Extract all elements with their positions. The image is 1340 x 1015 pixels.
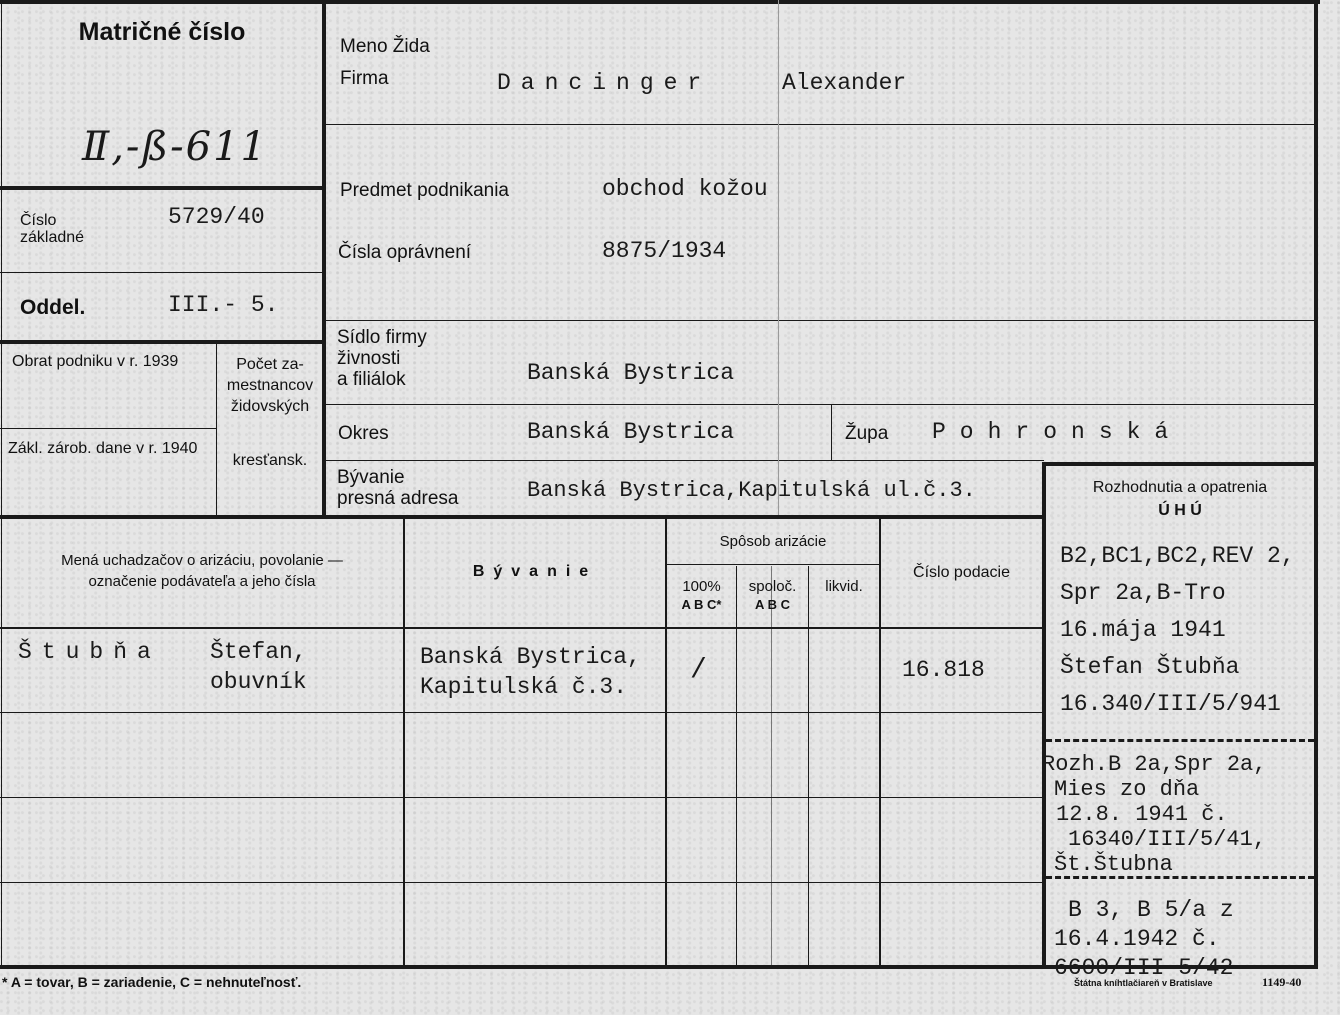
employees-label-line3: židovských (218, 396, 322, 417)
seat-value: Banská Bystrica (527, 360, 734, 386)
employees-divider (216, 342, 217, 518)
decisions-box-top (1042, 462, 1318, 466)
license-bottom-line (324, 320, 1316, 321)
matrix-handwritten-value: Ⅱ,-ß-611 (82, 124, 268, 170)
basic-number-label: Číslo základné (20, 211, 84, 248)
fold-line (778, 0, 779, 518)
footer-form-number: 1149-40 (1262, 975, 1301, 990)
district-bottom-line (324, 460, 1044, 461)
decisions-block-1-line: Štefan Štubňa (1060, 649, 1295, 686)
applicant-surname: Štubňa (18, 639, 161, 665)
seat-label-line3: a filiálok (337, 369, 427, 390)
owner-given-name: Alexander (782, 70, 906, 96)
applicant-filing-number: 16.818 (902, 657, 985, 683)
basic-number-bottom-line (0, 272, 324, 273)
decisions-block-1-line: B2,BC1,BC2,REV 2, (1060, 538, 1295, 575)
table-row: Štubňa Štefan, obuvník Banská Bystrica, … (0, 629, 1042, 712)
header-residence: Bývanie (405, 563, 665, 581)
header-full-line1: 100% (667, 578, 736, 596)
header-full: 100% A B C* (667, 578, 736, 614)
header-filing-number: Číslo podacie (881, 564, 1042, 582)
owner-name-label: Meno Žida (340, 36, 430, 58)
county-label: Župa (845, 423, 888, 445)
applicant-residence-line1: Banská Bystrica, (420, 642, 641, 672)
owner-firm-label: Firma (340, 68, 389, 90)
matrix-title: Matričné číslo (2, 18, 322, 47)
applicant-given-name: Štefan, (210, 639, 307, 665)
basic-number-value: 5729/40 (168, 204, 265, 230)
employees-label-line1: Počet za- (218, 354, 322, 375)
header-applicant-names-line1: Mená uchadzačov o arizáciu, povolanie — (2, 550, 402, 571)
county-divider (831, 404, 832, 460)
header-applicant-names-line2: označenie podávateľa a jeho čísla (2, 571, 402, 592)
tax-label: Zákl. zárob. dane v r. 1940 (8, 439, 197, 459)
decisions-block-1-line: 16.340/III/5/941 (1060, 686, 1295, 723)
turnover-bottom-line (0, 428, 216, 429)
license-value: 8875/1934 (602, 238, 726, 264)
decisions-subtitle: Ú H Ú (1046, 502, 1314, 520)
decisions-block-1-line: 16.mája 1941 (1060, 612, 1295, 649)
business-value: obchod kožou (602, 176, 768, 202)
border-right (1314, 0, 1318, 968)
decisions-block-1-line: Spr 2a,B-Tro (1060, 575, 1295, 612)
owner-bottom-line (324, 124, 1316, 125)
seat-label-line1: Sídlo firmy (337, 327, 427, 348)
department-bottom-line (0, 340, 326, 344)
decisions-title: Rozhodnutia a opatrenia (1046, 478, 1314, 498)
owner-surname: Dancinger (497, 70, 711, 96)
seat-label: Sídlo firmy živnosti a filiálok (337, 327, 427, 390)
business-label: Predmet podnikania (340, 180, 509, 202)
decisions-block-1: B2,BC1,BC2,REV 2, Spr 2a,B-Tro 16.mája 1… (1060, 538, 1295, 723)
decisions-block-2-line: Mies zo dňa (1042, 777, 1266, 802)
header-partner: spoloč. A B C (737, 578, 808, 614)
applicant-occupation: obuvník (210, 669, 307, 695)
applicant-full-mark: / (690, 655, 707, 686)
decisions-block-2: Rozh.B 2a,Spr 2a, Mies zo dňa 12.8. 1941… (1042, 752, 1266, 877)
decisions-block-3-line: B 3, B 5/a z (1054, 896, 1234, 925)
department-value: III.- 5. (168, 292, 278, 318)
table-top-line (0, 515, 1046, 519)
table-row (0, 884, 1042, 965)
seat-label-line2: živnosti (337, 348, 427, 369)
table-row (0, 714, 1042, 797)
applicant-residence: Banská Bystrica, Kapitulská č.3. (420, 642, 641, 702)
header-partner-line1: spoloč. (737, 578, 808, 596)
header-applicant-names: Mená uchadzačov o arizáciu, povolanie — … (2, 550, 402, 592)
row-line-1 (0, 712, 1044, 713)
row-line-3 (0, 882, 1044, 883)
decisions-block-2-line: 16340/III/5/41, (1042, 827, 1266, 852)
department-label: Oddel. (20, 296, 85, 320)
applicant-residence-line2: Kapitulská č.3. (420, 672, 641, 702)
method-subheader-line (665, 564, 879, 565)
footer-printer: Štátna kníhtlačiareň v Bratislave (1074, 978, 1213, 988)
employees-label: Počet za- mestnancov židovských (218, 354, 322, 417)
seat-bottom-line (324, 404, 1316, 405)
county-value: Pohronská (932, 419, 1182, 445)
header-partner-line2: A B C (737, 596, 808, 614)
employees-christian-label: kresťansk. (218, 451, 322, 471)
header-full-line2: A B C* (667, 596, 736, 614)
basic-number-label-line2: základné (20, 228, 84, 248)
license-label: Čísla oprávnení (338, 242, 471, 264)
district-value: Banská Bystrica (527, 419, 734, 445)
decisions-block-2-line: Št.Štubna (1042, 852, 1266, 877)
residence-label-line2: presná adresa (337, 488, 458, 509)
border-top (0, 0, 1320, 4)
decisions-block-2-line: 12.8. 1941 č. (1042, 802, 1266, 827)
table-row (0, 799, 1042, 882)
footer-legend: * A = tovar, B = zariadenie, C = nehnute… (2, 974, 301, 990)
decisions-block-3: B 3, B 5/a z 16.4.1942 č. 6600/III-5/42 (1054, 896, 1234, 983)
header-liquidation: likvid. (809, 578, 879, 595)
district-label: Okres (338, 423, 389, 445)
decisions-block-3-line: 16.4.1942 č. (1054, 925, 1234, 954)
decisions-block-2-line: Rozh.B 2a,Spr 2a, (1042, 752, 1266, 777)
matrix-bottom-line (0, 186, 326, 190)
decisions-separator-1 (1046, 739, 1314, 742)
residence-value: Banská Bystrica,Kapitulská ul.č.3. (527, 478, 976, 503)
left-column-divider (322, 0, 326, 518)
employees-label-line2: mestnancov (218, 375, 322, 396)
turnover-label: Obrat podniku v r. 1939 (12, 352, 178, 372)
residence-label: Bývanie presná adresa (337, 467, 458, 509)
header-method: Spôsob arizácie (667, 533, 879, 550)
row-line-2 (0, 797, 1044, 798)
residence-label-line1: Bývanie (337, 467, 458, 488)
decisions-box-left (1042, 462, 1046, 968)
